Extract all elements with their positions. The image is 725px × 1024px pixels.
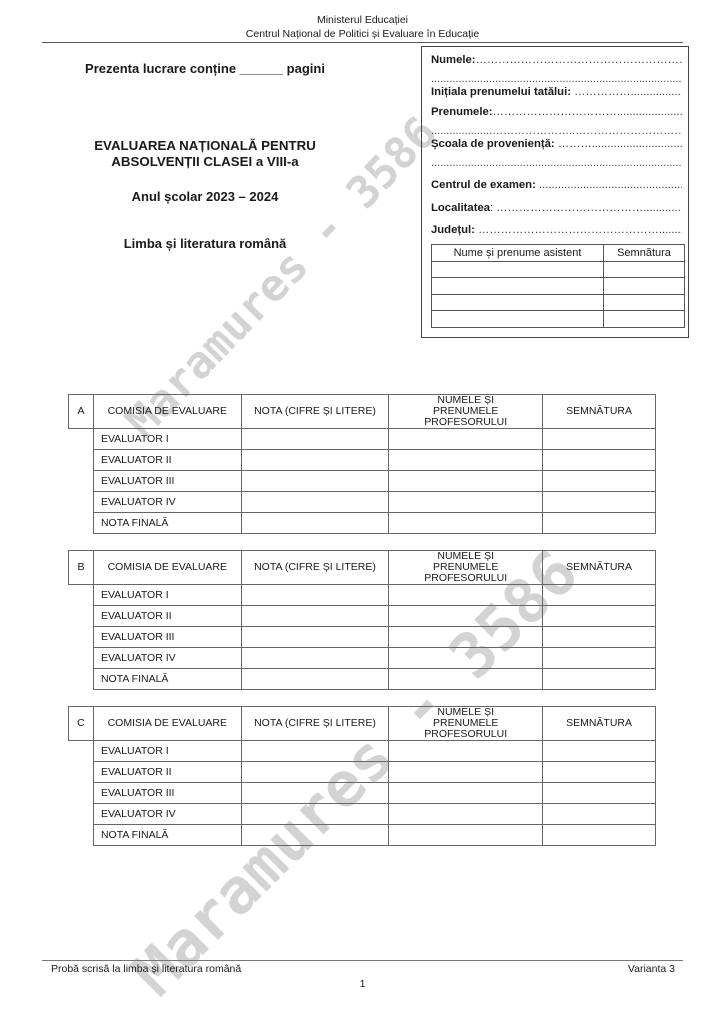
signature-cell[interactable] xyxy=(543,762,656,783)
evaluator-label: EVALUATOR IV xyxy=(93,492,241,513)
table-row: EVALUATOR II xyxy=(69,606,656,627)
teacher-name-cell[interactable] xyxy=(389,804,543,825)
evaluator-label: NOTA FINALĂ xyxy=(93,669,241,690)
table-section-label: B xyxy=(69,551,94,585)
teacher-name-cell[interactable] xyxy=(389,762,543,783)
teacher-name-header: NUMELE ȘI PRENUMELE PROFESORULUI xyxy=(389,395,543,429)
header-ministry: Ministerul Educației xyxy=(0,13,725,27)
assistant-name-cell[interactable] xyxy=(432,294,604,311)
field-numele[interactable]: Numele:…………………………………………………………………………… xyxy=(431,53,682,68)
evaluation-table-a: ACOMISIA DE EVALUARENOTA (CIFRE ȘI LITER… xyxy=(68,394,656,534)
table-row: EVALUATOR III xyxy=(69,627,656,648)
grade-header: NOTA (CIFRE ȘI LITERE) xyxy=(241,551,389,585)
empty-label-cell xyxy=(69,627,94,648)
assistant-name-cell[interactable] xyxy=(432,278,604,295)
commission-header: COMISIA DE EVALUARE xyxy=(93,395,241,429)
teacher-name-cell[interactable] xyxy=(389,741,543,762)
header-divider xyxy=(42,42,683,43)
teacher-name-cell[interactable] xyxy=(389,450,543,471)
exam-title-line1: EVALUAREA NAȚIONALĂ PENTRU xyxy=(40,138,370,153)
field-initiala-tatalui[interactable]: Inițiala prenumelui tatălui: ……………......… xyxy=(431,85,682,100)
evaluator-label: EVALUATOR III xyxy=(93,471,241,492)
grade-cell[interactable] xyxy=(241,741,389,762)
evaluator-label: EVALUATOR III xyxy=(93,627,241,648)
empty-label-cell xyxy=(69,471,94,492)
table-section-label: C xyxy=(69,707,94,741)
assistant-signature-cell[interactable] xyxy=(604,278,685,295)
signature-cell[interactable] xyxy=(543,648,656,669)
teacher-name-cell[interactable] xyxy=(389,606,543,627)
signature-cell[interactable] xyxy=(543,669,656,690)
assistant-signature-cell[interactable] xyxy=(604,311,685,328)
evaluator-label: NOTA FINALĂ xyxy=(93,825,241,846)
subject-title: Limba și literatura română xyxy=(40,236,370,251)
signature-header: SEMNĂTURA xyxy=(543,551,656,585)
table-section-label: A xyxy=(69,395,94,429)
empty-label-cell xyxy=(69,762,94,783)
footer-divider xyxy=(42,960,683,961)
grade-cell[interactable] xyxy=(241,627,389,648)
table-row: EVALUATOR I xyxy=(69,585,656,606)
empty-label-cell xyxy=(69,741,94,762)
teacher-name-cell[interactable] xyxy=(389,471,543,492)
header-center: Centrul Național de Politici și Evaluare… xyxy=(0,27,725,41)
empty-label-cell xyxy=(69,804,94,825)
grade-cell[interactable] xyxy=(241,804,389,825)
exam-title-line2: ABSOLVENȚII CLASEI a VIII-a xyxy=(40,154,370,169)
assistant-name-cell[interactable] xyxy=(432,261,604,278)
signature-cell[interactable] xyxy=(543,450,656,471)
table-row: EVALUATOR I xyxy=(69,741,656,762)
evaluator-label: EVALUATOR II xyxy=(93,450,241,471)
empty-label-cell xyxy=(69,606,94,627)
table-row: EVALUATOR II xyxy=(69,762,656,783)
signature-cell[interactable] xyxy=(543,783,656,804)
field-prenumele-continued[interactable]: ....................…………………..…………………………… xyxy=(431,125,682,137)
evaluator-label: EVALUATOR IV xyxy=(93,804,241,825)
evaluator-label: EVALUATOR II xyxy=(93,762,241,783)
signature-header: SEMNĂTURA xyxy=(543,395,656,429)
teacher-name-cell[interactable] xyxy=(389,585,543,606)
teacher-name-cell[interactable] xyxy=(389,627,543,648)
teacher-name-header: NUMELE ȘI PRENUMELE PROFESORULUI xyxy=(389,707,543,741)
empty-label-cell xyxy=(69,783,94,804)
field-localitatea[interactable]: Localitatea: ………………………………….............. xyxy=(431,201,682,216)
signature-cell[interactable] xyxy=(543,804,656,825)
field-judetul[interactable]: Județul: ………………………………………….......... xyxy=(431,223,682,238)
signature-cell[interactable] xyxy=(543,741,656,762)
assistant-name-header: Nume și prenume asistent xyxy=(432,245,604,262)
grade-cell[interactable] xyxy=(241,606,389,627)
field-prenumele[interactable]: Prenumele:……………………………...................… xyxy=(431,105,682,120)
signature-header: SEMNĂTURA xyxy=(543,707,656,741)
teacher-name-cell[interactable] xyxy=(389,648,543,669)
assistant-signature-cell[interactable] xyxy=(604,261,685,278)
empty-label-cell xyxy=(69,429,94,450)
footer-exam-name: Probă scrisă la limba și literatura româ… xyxy=(51,963,241,975)
teacher-name-cell[interactable] xyxy=(389,429,543,450)
field-scoala-provenienta[interactable]: Școala de proveniență: ………..............… xyxy=(431,137,682,152)
signature-cell[interactable] xyxy=(543,492,656,513)
table-row: NOTA FINALĂ xyxy=(69,825,656,846)
empty-label-cell xyxy=(69,585,94,606)
pages-note: Prezenta lucrare conține ______ pagini xyxy=(40,61,370,76)
grade-cell[interactable] xyxy=(241,492,389,513)
teacher-name-cell[interactable] xyxy=(389,669,543,690)
empty-label-cell xyxy=(69,492,94,513)
table-row: EVALUATOR I xyxy=(69,429,656,450)
evaluator-label: EVALUATOR I xyxy=(93,585,241,606)
assistant-name-cell[interactable] xyxy=(432,311,604,328)
grade-cell[interactable] xyxy=(241,648,389,669)
grade-cell[interactable] xyxy=(241,513,389,534)
grade-cell[interactable] xyxy=(241,585,389,606)
teacher-name-cell[interactable] xyxy=(389,492,543,513)
evaluator-label: EVALUATOR I xyxy=(93,741,241,762)
field-centrul-examen[interactable]: Centrul de examen: .....................… xyxy=(431,178,682,193)
evaluation-table-c: CCOMISIA DE EVALUARENOTA (CIFRE ȘI LITER… xyxy=(68,706,656,846)
teacher-name-cell[interactable] xyxy=(389,783,543,804)
assistant-signature-cell[interactable] xyxy=(604,294,685,311)
grade-cell[interactable] xyxy=(241,450,389,471)
table-row: EVALUATOR III xyxy=(69,471,656,492)
signature-cell[interactable] xyxy=(543,606,656,627)
teacher-name-cell[interactable] xyxy=(389,825,543,846)
evaluator-label: EVALUATOR III xyxy=(93,783,241,804)
empty-label-cell xyxy=(69,669,94,690)
assistant-table: Nume și prenume asistent Semnătura xyxy=(431,244,685,328)
signature-cell[interactable] xyxy=(543,471,656,492)
table-row: EVALUATOR III xyxy=(69,783,656,804)
signature-cell[interactable] xyxy=(543,429,656,450)
footer-variant: Varianta 3 xyxy=(628,963,675,975)
table-row: EVALUATOR IV xyxy=(69,804,656,825)
table-row: EVALUATOR IV xyxy=(69,492,656,513)
signature-cell[interactable] xyxy=(543,585,656,606)
signature-cell[interactable] xyxy=(543,627,656,648)
grade-cell[interactable] xyxy=(241,669,389,690)
evaluator-label: NOTA FINALĂ xyxy=(93,513,241,534)
table-row: EVALUATOR IV xyxy=(69,648,656,669)
evaluator-label: EVALUATOR I xyxy=(93,429,241,450)
evaluator-label: EVALUATOR II xyxy=(93,606,241,627)
grade-header: NOTA (CIFRE ȘI LITERE) xyxy=(241,395,389,429)
assistant-signature-header: Semnătura xyxy=(604,245,685,262)
teacher-name-header: NUMELE ȘI PRENUMELE PROFESORULUI xyxy=(389,551,543,585)
empty-label-cell xyxy=(69,513,94,534)
grade-cell[interactable] xyxy=(241,429,389,450)
empty-label-cell xyxy=(69,450,94,471)
empty-label-cell xyxy=(69,825,94,846)
field-numele-continued[interactable]: ........................................… xyxy=(431,73,682,85)
school-year: Anul școlar 2023 – 2024 xyxy=(40,189,370,204)
evaluator-label: EVALUATOR IV xyxy=(93,648,241,669)
grade-cell[interactable] xyxy=(241,762,389,783)
page-number: 1 xyxy=(0,978,725,990)
grade-cell[interactable] xyxy=(241,825,389,846)
candidate-info-box: Numele:…………………………………………………………………………… ...… xyxy=(421,46,689,338)
grade-cell[interactable] xyxy=(241,471,389,492)
table-row: NOTA FINALĂ xyxy=(69,513,656,534)
commission-header: COMISIA DE EVALUARE xyxy=(93,551,241,585)
signature-cell[interactable] xyxy=(543,513,656,534)
table-row: NOTA FINALĂ xyxy=(69,669,656,690)
commission-header: COMISIA DE EVALUARE xyxy=(93,707,241,741)
signature-cell[interactable] xyxy=(543,825,656,846)
teacher-name-cell[interactable] xyxy=(389,513,543,534)
table-row: EVALUATOR II xyxy=(69,450,656,471)
field-scoala-continued[interactable]: ........................................… xyxy=(431,157,682,169)
grade-cell[interactable] xyxy=(241,783,389,804)
evaluation-table-b: BCOMISIA DE EVALUARENOTA (CIFRE ȘI LITER… xyxy=(68,550,656,690)
empty-label-cell xyxy=(69,648,94,669)
grade-header: NOTA (CIFRE ȘI LITERE) xyxy=(241,707,389,741)
